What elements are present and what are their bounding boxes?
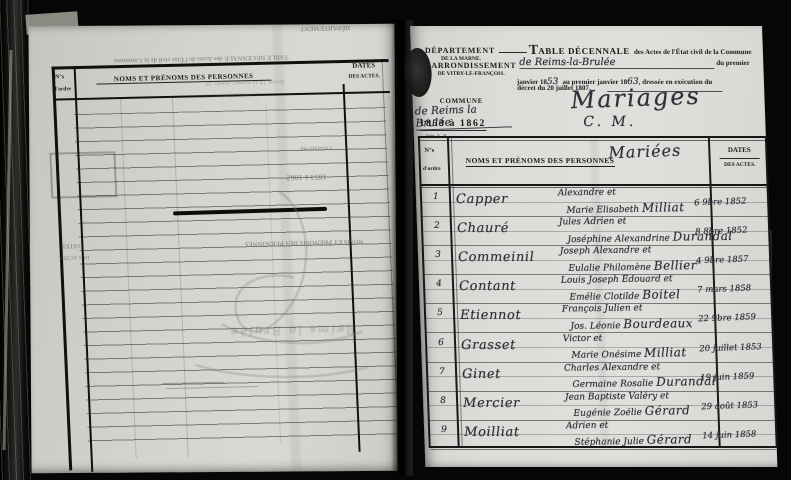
row-groom-names: Alexandre et xyxy=(558,188,617,199)
row-date: 20 juillet 1853 xyxy=(699,341,776,354)
left-page-content: N°s d'ordre NOMS ET PRÉNOMS DES PERSONNE… xyxy=(22,21,407,476)
row-number: 7 xyxy=(432,367,452,377)
row-surname: Chauré xyxy=(457,221,509,236)
row-surname: Mercier xyxy=(463,396,520,411)
ghost-ink-flourish xyxy=(158,171,388,396)
ghost-decret-line: décret du 20 juillet 1807. xyxy=(145,91,260,100)
decade-years: 1853 à 1862 xyxy=(419,118,486,131)
right-page: DÉPARTEMENT DE LA MARNE. ARRONDISSEMENT … xyxy=(410,26,777,467)
row-date: 14 juin 1858 xyxy=(702,428,779,441)
row-groom-names: Jean Baptiste Valéry et xyxy=(565,391,669,402)
ghost-commune: COMMUNE xyxy=(299,144,332,151)
row-bride-surname: Boitel xyxy=(642,287,681,302)
row-surname: Etiennot xyxy=(460,308,522,323)
row-bride-surname: Milliat xyxy=(642,200,685,215)
title-caps: ABLE DÉCENNALE xyxy=(538,46,630,56)
row-date: 4 9bre 1857 xyxy=(696,254,773,267)
row-groom-names: Louis Joseph Edouard et xyxy=(561,275,673,287)
ghost-departement: DÉPARTEMENT xyxy=(300,24,350,32)
row-date: 19 juin 1859 xyxy=(700,370,777,383)
title-commune-underline xyxy=(519,68,714,69)
row-bride-names: Jos. Léonie Bourdeaux xyxy=(570,316,693,332)
row-date: 29 août 1853 xyxy=(701,399,778,412)
row-surname: Ginet xyxy=(462,367,501,382)
left-page: N°s d'ordre NOMS ET PRÉNOMS DES PERSONNE… xyxy=(28,24,397,474)
row-number: 1 xyxy=(426,192,446,202)
row-number: 5 xyxy=(430,308,450,318)
row-bride-names: Eulalie Philomène Bellier xyxy=(568,258,697,274)
row-number: 4 xyxy=(429,279,449,289)
row-bride-names: Marie Elisabeth Milliat xyxy=(566,200,685,216)
category-mariages-handwritten: Mariages xyxy=(570,82,702,115)
row-bride-names: Stéphanie Julie Gérard xyxy=(574,432,692,448)
left-no-label: N°s xyxy=(55,74,64,80)
arrondissement-label: ARRONDISSEMENT xyxy=(431,61,516,70)
row-surname: Contant xyxy=(459,279,516,294)
row-bride-names: Eugénie Zoélie Gérard xyxy=(573,403,690,419)
title-rest: des Actes de l'État civil de la Commune xyxy=(634,48,752,56)
row-date: 8 8bre 1852 xyxy=(695,225,772,238)
row-surname: Commeinil xyxy=(458,250,535,265)
left-dates-sub-label: DES ACTES. xyxy=(342,73,386,80)
scanned-register-photo: N°s d'ordre NOMS ET PRÉNOMS DES PERSONNE… xyxy=(0,0,791,480)
row-surname: Capper xyxy=(456,192,508,207)
title-du-premier: du premier xyxy=(716,59,750,67)
row-number: 2 xyxy=(427,221,447,231)
left-dates-label: DATES xyxy=(342,61,386,70)
ghost-dates-box xyxy=(49,151,117,198)
row-bride-names: Emélie Clotilde Boitel xyxy=(569,287,681,303)
marriages-table: N°s d'ordre NOMS ET PRÉNOMS DES PERSONNE… xyxy=(418,136,778,448)
row-bride-surname: Gérard xyxy=(644,403,690,418)
row-number: 8 xyxy=(433,396,453,406)
row-number: 6 xyxy=(431,338,451,348)
departement-label: DÉPARTEMENT xyxy=(425,46,495,55)
row-bride-surname: Bourdeaux xyxy=(623,316,693,331)
rule-after-departement xyxy=(499,52,527,53)
row-bride-names: Marie Onésime Milliat xyxy=(571,345,687,361)
title-commune-handwritten: de Reims-la-Brulée xyxy=(519,57,616,68)
ghost-dates-label: DATES xyxy=(61,242,83,249)
row-date: 6 9bre 1852 xyxy=(694,196,771,209)
row-bride-surname: Gérard xyxy=(646,432,692,447)
row-surname: Moilliat xyxy=(464,425,520,440)
arrondissement-sub: DE VITRY-LE-FRANÇOIS. xyxy=(438,71,505,77)
left-table-left-border xyxy=(52,67,73,471)
cm-handwritten: C. M. xyxy=(583,114,636,130)
row-bride-names: Germaine Rosalie Durandal xyxy=(572,374,716,390)
row-groom-names: Charles Alexandre et xyxy=(564,362,661,373)
row-date: 7 mars 1858 xyxy=(697,283,774,296)
row-bride-surname: Bellier xyxy=(653,258,697,273)
row-date: 22 9bre 1859 xyxy=(698,312,775,325)
ghost-dates-sub-label: DES ACTES. xyxy=(58,254,90,261)
left-no-sub-label: d'ordre xyxy=(53,86,71,92)
row-surname: Grasset xyxy=(461,338,516,353)
row-bride-surname: Milliat xyxy=(644,345,687,360)
row-number: 9 xyxy=(434,425,454,435)
row-groom-names: Joseph Alexandre et xyxy=(560,246,652,257)
row-number: 3 xyxy=(428,250,448,260)
